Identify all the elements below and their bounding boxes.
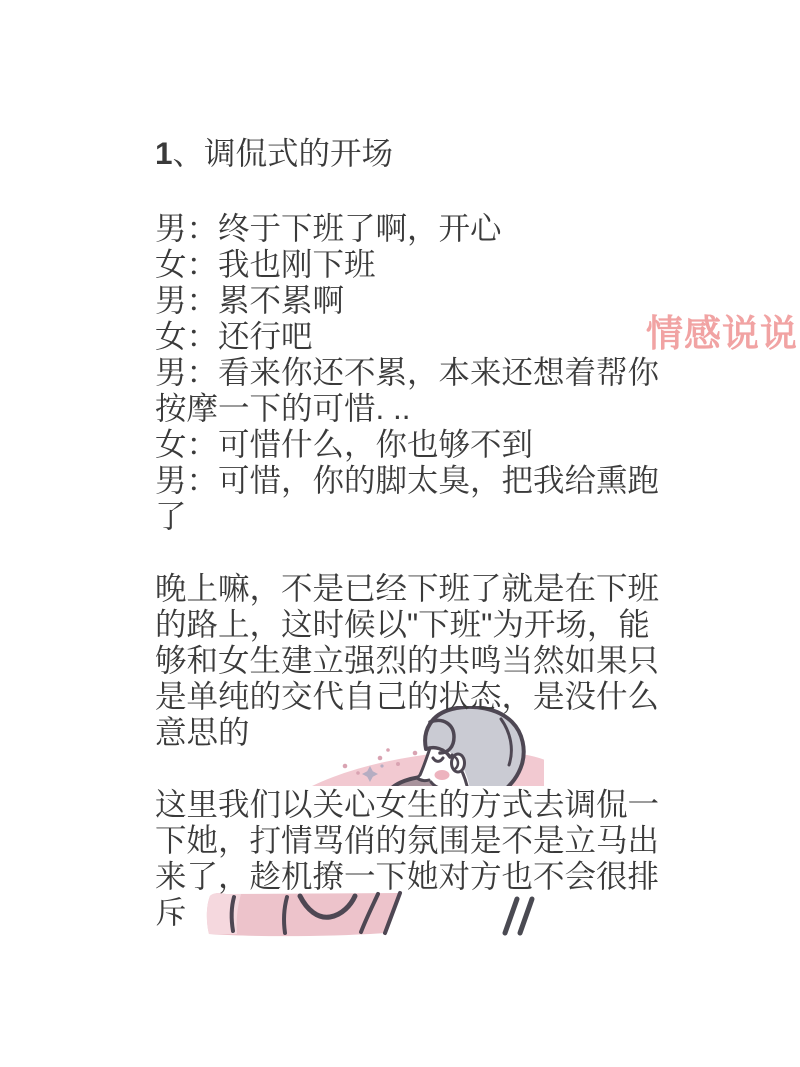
paragraph-line: 来了，趁机撩一下她对方也不会很排 (155, 858, 667, 894)
paragraph-line: 够和女生建立强烈的共鸣当然如果只 (155, 642, 667, 678)
dialog-line: 女：我也刚下班 (155, 246, 667, 282)
watermark: 情感说说 (646, 303, 798, 357)
paragraph-line: 晚上嘛，不是已经下班了就是在下班 (155, 570, 667, 606)
dialog-line: 男：累不累啊 (155, 282, 667, 318)
dialog-line: 女：还行吧 (155, 318, 667, 354)
paragraph-line: 斥 (155, 894, 667, 930)
paragraph-line: 是单纯的交代自己的状态，是没什么 (155, 678, 667, 714)
dialog-line: 男：终于下班了啊，开心 (155, 210, 667, 246)
article-text: 1、调侃式的开场 男：终于下班了啊，开心 女：我也刚下班 男：累不累啊 女：还行… (155, 135, 667, 930)
paragraph-line: 的路上，这时候以"下班"为开场，能 (155, 606, 667, 642)
paragraph-line: 这里我们以关心女生的方式去调侃一 (155, 786, 667, 822)
paragraph-line: 意思的 (155, 714, 667, 750)
dialog-line-wrap: 了 (155, 498, 667, 534)
dialog-line-wrap: 按摩一下的可惜. .. (155, 390, 667, 426)
dialog-line: 男：可惜，你的脚太臭，把我给熏跑 (155, 462, 667, 498)
section-title-text: 、调侃式的开场 (173, 135, 394, 171)
dialog-line: 男：看来你还不累，本来还想着帮你 (155, 354, 667, 390)
paragraph-2: 这里我们以关心女生的方式去调侃一 下她，打情骂俏的氛围是不是立马出 来了，趁机撩… (155, 786, 667, 930)
dialog-line: 女：可惜什么，你也够不到 (155, 426, 667, 462)
section-number: 1 (155, 135, 173, 171)
article-page: 情感说说 1、调侃式的开场 男：终于下班了啊，开心 女：我也刚下班 男：累不累啊… (0, 0, 800, 1067)
paragraph-line: 下她，打情骂俏的氛围是不是立马出 (155, 822, 667, 858)
paragraph-1: 晚上嘛，不是已经下班了就是在下班 的路上，这时候以"下班"为开场，能 够和女生建… (155, 570, 667, 750)
dialog-block: 男：终于下班了啊，开心 女：我也刚下班 男：累不累啊 女：还行吧 男：看来你还不… (155, 210, 667, 534)
section-title: 1、调侃式的开场 (155, 135, 667, 171)
